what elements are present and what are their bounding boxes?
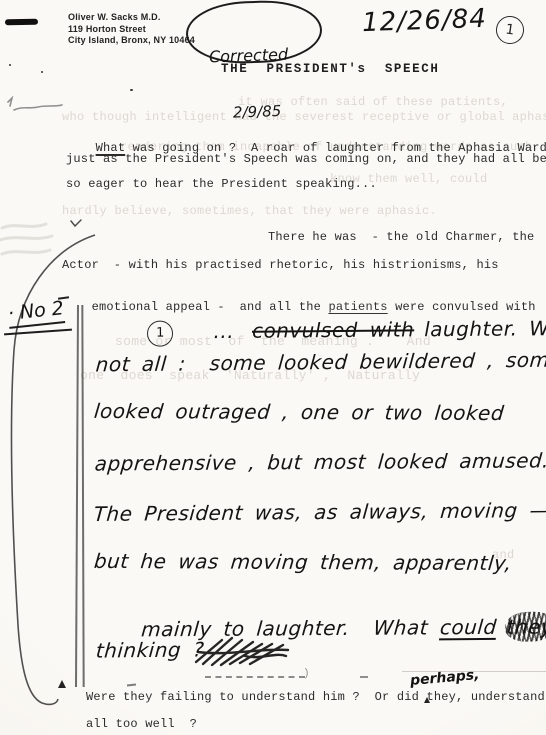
insert-line6: but he was moving them, apparently, <box>93 549 513 575</box>
scribbled-out-word <box>190 632 295 670</box>
paragraph2-line1: There he was - the old Charmer, the <box>268 230 534 244</box>
stray-dash <box>360 676 368 678</box>
paragraph1-line2: just as the President's Speech was comin… <box>66 152 546 166</box>
letterhead-city: City Island, Bronx, NY 10464 <box>68 35 195 47</box>
page-number-circle: 1 <box>494 14 526 46</box>
pencil-squiggle-mark <box>4 96 66 118</box>
insert-line5: The President was, as always, moving — <box>93 498 546 526</box>
letterhead-name: Oliver W. Sacks M.D. <box>68 12 195 24</box>
insert-line3: looked outraged , one or two looked <box>93 399 505 425</box>
scribbled-word-they: they <box>506 615 546 639</box>
scan-mark-dash <box>5 19 38 26</box>
erased-text-paren: ) <box>303 668 310 680</box>
insert-line1-post: laughter. Well, <box>424 316 546 341</box>
ghost-text-line: hardly believe, sometimes, that they wer… <box>62 204 437 218</box>
ghost-text-line: who though intelligent had the severest … <box>62 110 546 124</box>
closing-line1: Were they failing to understand him ? Or… <box>86 690 546 704</box>
page-number: 1 <box>504 21 515 38</box>
insert-circle-number: 1 <box>147 320 173 346</box>
scan-speck <box>9 64 11 66</box>
insert-line4: apprehensive , but most looked amused. <box>94 448 546 475</box>
letterhead: Oliver W. Sacks M.D. 119 Horton Street C… <box>68 12 195 47</box>
letterhead-street: 119 Horton Street <box>68 24 195 36</box>
insert-line2: not all : some looked bewildered , some <box>95 348 546 377</box>
insert-line1-dots: ... <box>213 319 234 343</box>
insert-number: 1 <box>156 326 165 341</box>
struck-words-convulsed-with: convulsed with <box>252 317 414 342</box>
underlined-word-could: could <box>439 615 498 639</box>
scan-speck <box>41 71 43 73</box>
ghost-text-line: it was often said of these patients, <box>238 95 508 109</box>
paragraph2-line2: Actor - with his practised rhetoric, his… <box>62 258 499 272</box>
insertion-caret-icon <box>58 680 66 688</box>
scan-speck <box>130 89 133 91</box>
paragraph1-line3: so eager to hear the President speaking.… <box>66 177 377 191</box>
erased-text-dashes <box>205 676 305 678</box>
handwritten-date: 12/26/84 <box>362 4 488 38</box>
document-title: THE PRESIDENT's SPEECH <box>221 62 439 76</box>
closing-line2: all too well ? <box>86 717 197 731</box>
insert-line8: thinking ? <box>95 637 205 662</box>
stray-dash <box>127 684 136 687</box>
document-page: Oliver W. Sacks M.D. 119 Horton Street C… <box>0 0 546 735</box>
